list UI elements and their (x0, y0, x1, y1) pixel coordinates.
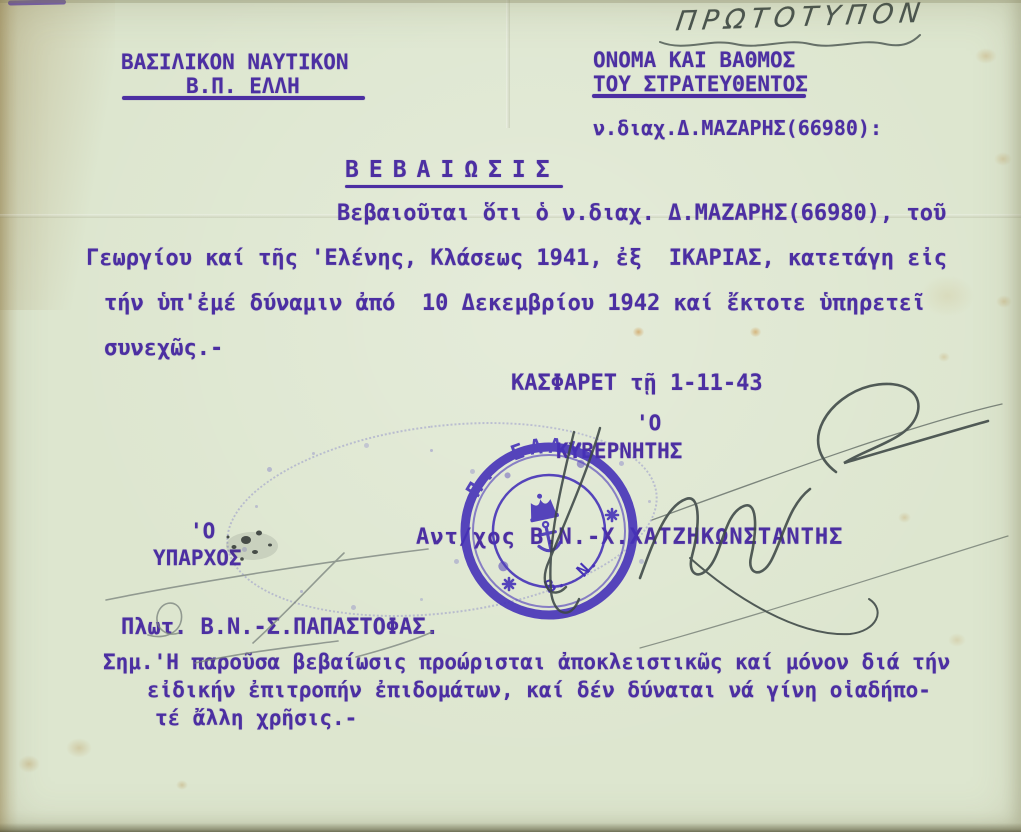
ink-blots (226, 531, 278, 561)
paper-top-edge (0, 0, 1021, 3)
commander-signature (545, 384, 1008, 648)
document-page: ΠΡΩΤΟΤΥΠΟΝ ΒΑΣΙΛΙΚΟΝ ΝΑΥΤΙΚΟΝ Β.Π. ΕΛΛΗ … (0, 0, 1021, 832)
xo-pencil-signature (106, 549, 432, 663)
paper-bottom-edge (0, 823, 1021, 832)
signatures-overlay (0, 0, 1021, 832)
